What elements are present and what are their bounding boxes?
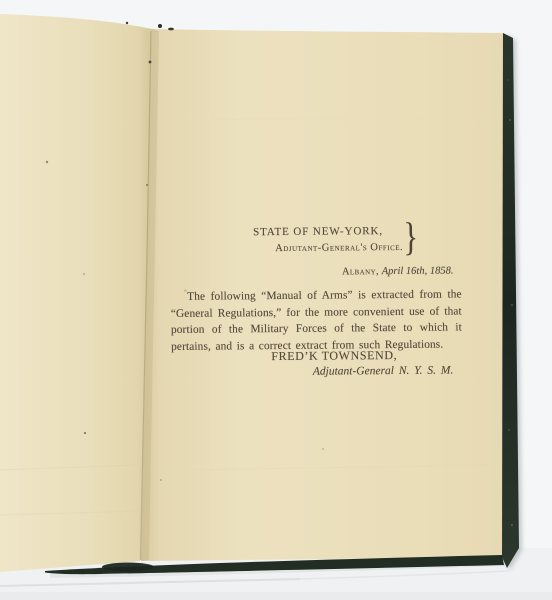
cover-edge-right	[502, 33, 519, 568]
printed-text-block: STATE OF NEW-YORK, Adjutant-General's Of…	[168, 219, 469, 392]
book-photo: STATE OF NEW-YORK, Adjutant-General's Of…	[0, 0, 552, 600]
body-paragraph: *The following “Manual of Arms” is extra…	[171, 281, 463, 355]
dateline-date: April 16th, 1858.	[382, 266, 454, 278]
signature-title: Adjutant-General N. Y. S. M.	[169, 365, 453, 379]
signature-name: FRED’K TOWNSEND,	[169, 348, 397, 365]
footnote-mark: *	[184, 288, 188, 296]
state-heading: STATE OF NEW-YORK,	[253, 225, 383, 239]
dateline-place: Albany,	[342, 266, 379, 277]
body-text: The following “Manual of Arms” is extrac…	[171, 288, 462, 352]
dateline: Albany, April 16th, 1858.	[168, 266, 453, 279]
left-page	[0, 14, 152, 572]
office-heading: Adjutant-General's Office.	[275, 242, 403, 256]
brace-glyph: }	[403, 217, 418, 257]
